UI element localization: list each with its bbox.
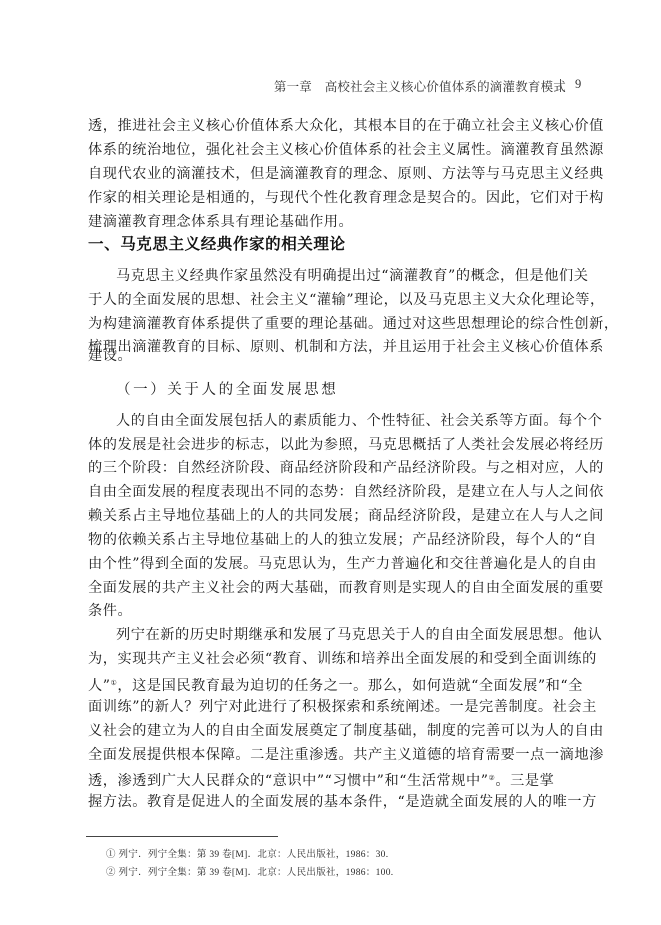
- text-fragment: 。三是掌: [495, 773, 554, 789]
- text-line: 条件。: [88, 601, 576, 621]
- text-line: 握方法。教育是促进人的全面发展的基本条件，“是造就全面发展的人的唯一方: [88, 792, 576, 812]
- text-line: 列宁在新的历史时期继承和发展了马克思关于人的自由全面发展思想。他认: [88, 625, 576, 645]
- text-line: 赖关系占主导地位基础上的人的共同发展；商品经济阶段，是建立在人与人之间: [88, 506, 576, 526]
- text-fragment: ，这是国民教育最为迫切的任务之一。那么，如何造就“全面发展”和“全: [117, 678, 583, 694]
- quote-end: 人”: [88, 678, 111, 694]
- text-line: 体系的统治地位，强化社会主义核心价值体系的社会主义属性。滴灌教育虽然源: [88, 140, 576, 160]
- text-line: 人”①，这是国民教育最为迫切的任务之一。那么，如何造就“全面发展”和“全: [88, 673, 576, 696]
- text-line: 物的依赖关系占主导地位基础上的人的独立发展；产品经济阶段，每个人的“自: [88, 530, 576, 550]
- running-header: 第一章 高校社会主义核心价值体系的滴灌教育模式 9: [0, 77, 661, 95]
- text-line: 全面发展提供根本保障。二是注重渗透。共产主义道德的培育需要一点一滴地渗: [88, 745, 576, 765]
- text-line: 自由全面发展的程度表现出不同的态势：自然经济阶段，是建立在人与人之间依: [88, 482, 576, 502]
- footnote-2: ② 列宁．列宁全集：第 39 卷[M]．北京：人民出版社，1986：100.: [106, 864, 393, 878]
- text-line: 于人的全面发展的思想、社会主义“灌输”理论，以及马克思主义大众化理论等，: [88, 290, 576, 310]
- text-line: 由个性”得到全面的发展。马克思认为，生产力普遍化和交往普遍化是人的自由: [88, 554, 576, 574]
- text-line: 为构建滴灌教育体系提供了重要的理论基础。通过对这些思想理论的综合性创新，: [88, 314, 576, 334]
- header-divider: [560, 79, 561, 92]
- text-line: 面训练”的新人？列宁对此进行了积极探索和系统阐述。一是完善制度。社会主: [88, 697, 576, 717]
- text-line: 自现代农业的滴灌技术，但是滴灌教育的理念、原则、方法等与马克思主义经典: [88, 164, 576, 184]
- text-line: 为，实现共产主义社会必须“教育、训练和培养出全面发展的和受到全面训练的: [88, 649, 576, 669]
- text-line: 义社会的建立为人的自由全面发展奠定了制度基础，制度的完善可以为人的自由: [88, 721, 576, 741]
- section-heading: 一、马克思主义经典作家的相关理论: [88, 232, 346, 254]
- footnote-1: ① 列宁．列宁全集：第 39 卷[M]．北京：人民出版社，1986：30.: [106, 846, 388, 860]
- text-line: 全面发展的共产主义社会的两大基础，而教育则是实现人的自由全面发展的重要: [88, 578, 576, 598]
- text-line: 马克思主义经典作家虽然没有明确提出过“滴灌教育”的概念，但是他们关: [88, 266, 576, 286]
- text-line: 作家的相关理论是相通的，与现代个性化教育理念是契合的。因此，它们对于构: [88, 188, 576, 208]
- text-line: 的三个阶段：自然经济阶段、商品经济阶段和产品经济阶段。与之相对应，人的: [88, 458, 576, 478]
- text-fragment: 透，渗透到广大人民群众的“意识中”“习惯中”和“生活常规中”: [88, 773, 489, 789]
- text-line: 透，渗透到广大人民群众的“意识中”“习惯中”和“生活常规中”②。三是掌: [88, 768, 576, 791]
- text-line: 体的发展是社会进步的标志，以此为参照，马克思概括了人类社会发展必将经历: [88, 435, 576, 455]
- subsection-heading: （一）关于人的全面发展思想: [116, 378, 338, 399]
- footnote-divider: [86, 836, 278, 837]
- text-line: 人的自由全面发展包括人的素质能力、个性特征、社会关系等方面。每个个: [88, 411, 576, 431]
- text-line: 建滴灌教育理念体系具有理论基础作用。: [88, 212, 576, 232]
- text-line: 建设。: [88, 346, 576, 366]
- chapter-title: 第一章 高校社会主义核心价值体系的滴灌教育模式: [274, 77, 566, 95]
- text-line: 透，推进社会主义核心价值体系大众化，其根本目的在于确立社会主义核心价值: [88, 116, 576, 136]
- page-number: 9: [575, 77, 581, 92]
